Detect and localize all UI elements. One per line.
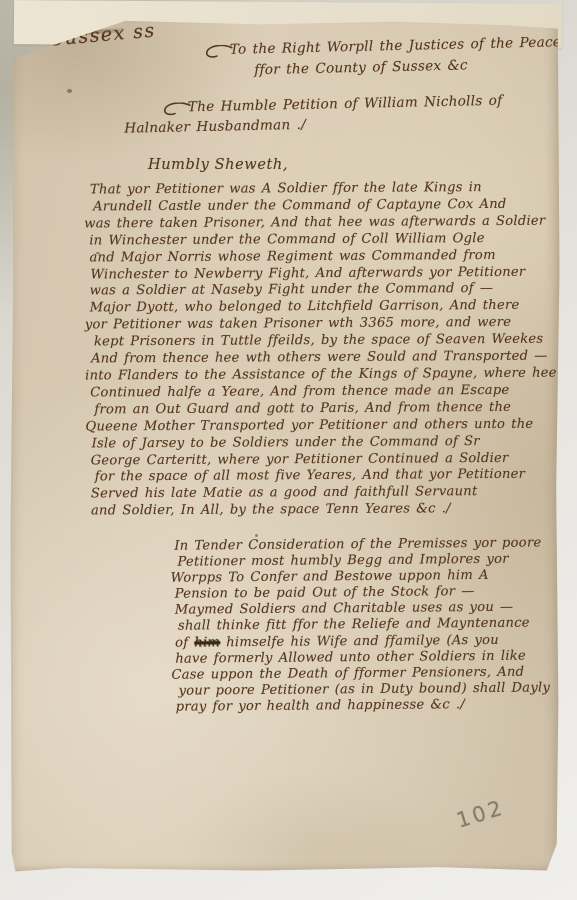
line-text: himselfe his Wife and ffamilye (As you	[220, 632, 499, 649]
manuscript-line: for the space of all most five Yeares, A…	[95, 467, 559, 487]
address-block: To the Right Worpll the Justices of the …	[230, 34, 562, 79]
paraph-flourish-icon	[204, 45, 234, 60]
folio-number-pencil: 102	[454, 795, 508, 832]
salutation: Humbly Sheweth,	[148, 157, 288, 173]
line-text: of	[175, 635, 194, 650]
address-line-1: To the Right Worpll the Justices of the …	[230, 34, 562, 58]
ink-speck	[255, 534, 258, 537]
manuscript-line: was there taken Prisoner, And that hee w…	[84, 213, 557, 233]
scan-stage: Sussex ss To the Right Worpll the Justic…	[0, 0, 577, 900]
petition-title-block: The Humble Petition of William Nicholls …	[188, 93, 503, 136]
ink-speck	[67, 89, 72, 93]
manuscript-line: Queene Mother Transported yor Petitioner…	[85, 416, 558, 436]
ink-speck	[215, 235, 218, 237]
manuscript-line: shall thinke fitt ffor the Reliefe and M…	[178, 616, 557, 635]
petition-body: That yor Petitioner was A Soldier ffor t…	[89, 180, 559, 521]
struck-out-word: him	[194, 635, 220, 650]
address-line-2: ffor the County of Sussex &c	[254, 55, 562, 78]
manuscript-page: Sussex ss To the Right Worpll the Justic…	[10, 14, 560, 874]
manuscript-line: pray for yor health and happinesse &c ./	[176, 696, 558, 715]
petition-prayer: In Tender Consideration of the Premisses…	[174, 535, 558, 715]
manuscript-line: and Soldier, In All, by the space Tenn Y…	[91, 501, 559, 521]
paraph-flourish-icon	[162, 102, 192, 117]
manuscript-line: your poore Petitioner (as in Duty bound)…	[178, 680, 557, 699]
petition-title-line-1: The Humble Petition of William Nicholls …	[188, 93, 503, 116]
ink-speck	[96, 252, 100, 254]
